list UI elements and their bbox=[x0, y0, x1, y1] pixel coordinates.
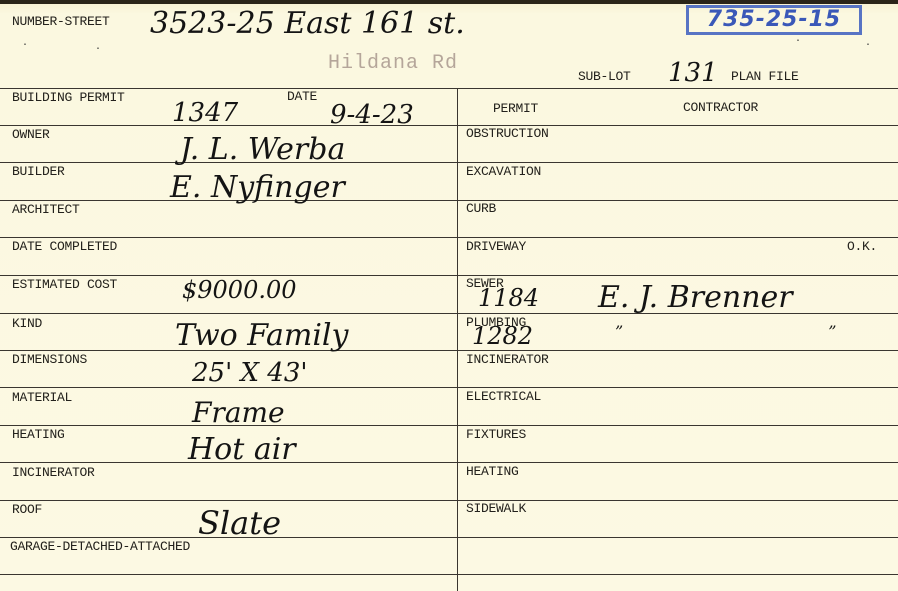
sidewalk-label: SIDEWALK bbox=[466, 501, 526, 516]
contractor-column-header: CONTRACTOR bbox=[683, 100, 758, 115]
obstruction-label: OBSTRUCTION bbox=[466, 126, 549, 141]
dimensions-value: 25' X 43' bbox=[192, 358, 308, 388]
number-street-label: NUMBER-STREET bbox=[12, 14, 110, 29]
estimated-cost-value: $9000.00 bbox=[182, 276, 297, 304]
builder-value: E. Nyfinger bbox=[170, 170, 345, 205]
heating-label: HEATING bbox=[12, 427, 65, 442]
permit-column-header: PERMIT bbox=[493, 101, 538, 116]
estimated-cost-label: ESTIMATED COST bbox=[12, 277, 117, 292]
date-completed-label: DATE COMPLETED bbox=[12, 239, 117, 254]
electrical-label: ELECTRICAL bbox=[466, 389, 541, 404]
excavation-label: EXCAVATION bbox=[466, 164, 541, 179]
heating-permit-label: HEATING bbox=[466, 464, 519, 479]
garage-label: GARAGE-DETACHED-ATTACHED bbox=[10, 539, 190, 554]
file-number-stamp: 735-25-15 bbox=[686, 5, 862, 35]
stamped-street: Hildana Rd bbox=[328, 52, 458, 75]
driveway-label: DRIVEWAY bbox=[466, 239, 526, 254]
material-label: MATERIAL bbox=[12, 390, 72, 405]
plumbing-contractor-ditto: ” ” bbox=[615, 322, 898, 341]
plan-file-label: PLAN FILE bbox=[731, 69, 799, 84]
roof-value: Slate bbox=[198, 504, 281, 542]
date-value: 9-4-23 bbox=[330, 100, 414, 130]
permit-card: NUMBER-STREET 3523-25 East 161 st. Hilda… bbox=[0, 0, 898, 591]
architect-label: ARCHITECT bbox=[12, 202, 80, 217]
sewer-contractor-value: E. J. Brenner bbox=[598, 280, 793, 315]
kind-value: Two Family bbox=[175, 318, 348, 353]
heating-value: Hot air bbox=[188, 432, 296, 467]
dimensions-label: DIMENSIONS bbox=[12, 352, 87, 367]
owner-value: J. L. Werba bbox=[180, 132, 345, 167]
building-permit-value: 1347 bbox=[172, 98, 238, 128]
plumbing-permit-value: 1282 bbox=[472, 322, 533, 350]
fixtures-label: FIXTURES bbox=[466, 427, 526, 442]
number-street-value: 3523-25 East 161 st. bbox=[150, 6, 465, 41]
kind-label: KIND bbox=[12, 316, 42, 331]
card-top-edge bbox=[0, 0, 898, 4]
driveway-note: O.K. bbox=[847, 239, 877, 254]
sub-lot-value: 131 bbox=[668, 58, 718, 88]
roof-label: ROOF bbox=[12, 502, 42, 517]
owner-label: OWNER bbox=[12, 127, 50, 142]
sewer-permit-value: 1184 bbox=[478, 284, 539, 312]
material-value: Frame bbox=[192, 396, 285, 429]
curb-label: CURB bbox=[466, 201, 496, 216]
builder-label: BUILDER bbox=[12, 164, 65, 179]
incinerator-label: INCINERATOR bbox=[12, 465, 95, 480]
sub-lot-label: SUB-LOT bbox=[578, 69, 631, 84]
building-permit-label: BUILDING PERMIT bbox=[12, 90, 125, 105]
incinerator-permit-label: INCINERATOR bbox=[466, 352, 549, 367]
date-label: DATE bbox=[287, 89, 317, 104]
